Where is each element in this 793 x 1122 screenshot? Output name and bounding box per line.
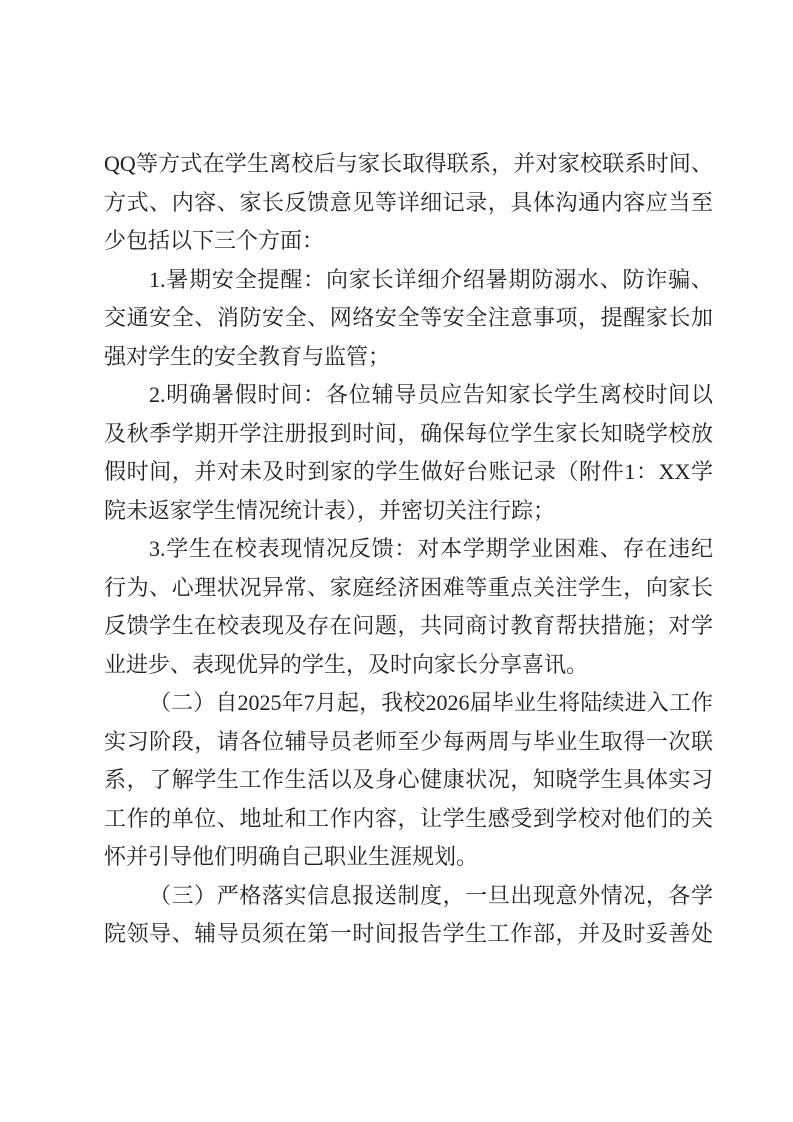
text-line: 3.学生在校表现情况反馈：对本学期学业困难、存在违纪 <box>104 530 713 569</box>
text-line: 及秋季学期开学注册报到时间，确保每位学生家长知晓学校放 <box>104 415 713 454</box>
text-line: 院未返家学生情况统计表），并密切关注行踪； <box>104 492 713 531</box>
text-line: QQ等方式在学生离校后与家长取得联系，并对家校联系时间、 <box>104 145 713 184</box>
document-body: QQ等方式在学生离校后与家长取得联系，并对家校联系时间、 方式、内容、家长反馈意… <box>104 145 713 954</box>
text-line: 2.明确暑假时间：各位辅导员应告知家长学生离校时间以 <box>104 376 713 415</box>
text-line: 少包括以下三个方面： <box>104 222 713 261</box>
text-line: 行为、心理状况异常、家庭经济困难等重点关注学生，向家长 <box>104 569 713 608</box>
text-line: 1.暑期安全提醒：向家长详细介绍暑期防溺水、防诈骗、 <box>104 261 713 300</box>
text-line: 系，了解学生工作生活以及身心健康状况，知晓学生具体实习 <box>104 761 713 800</box>
text-line: 业进步、表现优异的学生，及时向家长分享喜讯。 <box>104 646 713 685</box>
text-line: 怀并引导他们明确自己职业生涯规划。 <box>104 838 713 877</box>
text-line: 反馈学生在校表现及存在问题，共同商讨教育帮扶措施；对学 <box>104 607 713 646</box>
text-line: 工作的单位、地址和工作内容，让学生感受到学校对他们的关 <box>104 800 713 839</box>
text-line: （二）自2025年7月起，我校2026届毕业生将陆续进入工作 <box>104 684 713 723</box>
text-line: 方式、内容、家长反馈意见等详细记录，具体沟通内容应当至 <box>104 184 713 223</box>
text-line: 交通安全、消防安全、网络安全等安全注意事项，提醒家长加 <box>104 299 713 338</box>
text-line: 假时间，并对未及时到家的学生做好台账记录（附件1：XX学 <box>104 453 713 492</box>
document-page: QQ等方式在学生离校后与家长取得联系，并对家校联系时间、 方式、内容、家长反馈意… <box>0 0 793 1122</box>
text-line: 实习阶段，请各位辅导员老师至少每两周与毕业生取得一次联 <box>104 723 713 762</box>
text-line: （三）严格落实信息报送制度，一旦出现意外情况，各学 <box>104 877 713 916</box>
text-line: 强对学生的安全教育与监管； <box>104 338 713 377</box>
text-line: 院领导、辅导员须在第一时间报告学生工作部，并及时妥善处 <box>104 915 713 954</box>
